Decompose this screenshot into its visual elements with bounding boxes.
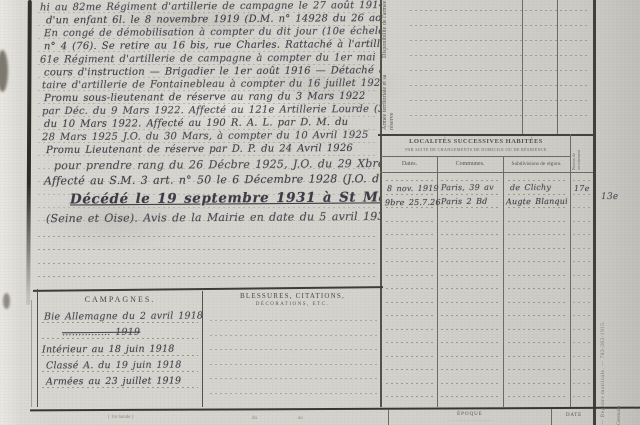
dotted-rule-line <box>441 261 500 262</box>
handwritten-line: hi au 82me Régiment d'artillerie de camp… <box>40 0 380 13</box>
column-header-dates: Dates. <box>382 161 437 167</box>
localites-row-region: 17e <box>574 184 590 193</box>
dotted-rule-line <box>441 234 500 235</box>
dotted-rule-line <box>210 320 378 321</box>
dotted-rules <box>573 0 590 425</box>
dotted-rule-line <box>441 194 500 195</box>
margin-note: 13e <box>601 192 618 202</box>
localites-row-date: 9bre 25.7.26 <box>385 198 441 207</box>
column-divider <box>437 156 438 407</box>
handwritten-line: Affecté au S.M. 3 art. n° 50 le 6 Décemb… <box>44 171 380 187</box>
campagne-entry: Armées au 23 juillet 1919 <box>46 376 181 388</box>
dotted-rule-line <box>38 263 378 264</box>
dotted-rule-line <box>410 55 590 56</box>
dotted-rule-line <box>386 221 434 222</box>
printer-imprint: — Registre matricule. — 783-263-1915. <box>600 235 610 425</box>
campagne-entry-struck: …………… 1919 <box>62 327 140 339</box>
epoque-subheader: ······································· <box>395 419 545 423</box>
dotted-rules <box>441 0 500 425</box>
army-status-top-label: Disponibilité de l'armée <box>382 0 406 58</box>
localites-row-subdivision: de Clichy <box>510 183 551 192</box>
dotted-rule-line <box>441 207 500 208</box>
epoque-header: ÉPOQUE <box>395 412 545 417</box>
dotted-rule-line <box>410 115 590 116</box>
dotted-rule-line <box>508 275 566 276</box>
printer-imprint-bottom: Germain <box>616 396 626 425</box>
dotted-rule-line <box>386 261 434 262</box>
dotted-rule-line <box>573 234 590 235</box>
army-status-bottom-label: Armée territoriale et sa réserve <box>382 62 406 130</box>
localites-row-date: 8 nov. 1919 <box>387 184 439 193</box>
handwritten-line: pour prendre rang du 26 Décbre 1925, J.O… <box>54 157 380 173</box>
dotted-rule-line <box>508 329 566 330</box>
dotted-rule-line <box>38 249 378 250</box>
dotted-rule-line <box>441 356 500 357</box>
dotted-rule-line <box>573 194 590 195</box>
dotted-rule-line <box>386 369 434 370</box>
dotted-rule-line <box>508 342 566 343</box>
dotted-rule-line <box>38 236 378 237</box>
dotted-rule-line <box>441 369 500 370</box>
dotted-rule-line <box>508 261 566 262</box>
dotted-rule-line <box>386 356 434 357</box>
dotted-rule-line <box>410 40 590 41</box>
dotted-rule-line <box>573 383 590 384</box>
campagne-entry: Classé A. du 19 juin 1918 <box>46 360 182 372</box>
localites-row-commune: Paris, 39 av <box>441 183 494 192</box>
dotted-rule-line <box>410 70 590 71</box>
table-border-line <box>380 0 382 407</box>
dotted-rule-line <box>573 288 590 289</box>
scanned-page: hi au 82me Régiment d'artillerie de camp… <box>0 0 640 425</box>
handwritten-line: (Seine et Oise). Avis de la Mairie en da… <box>46 210 380 225</box>
date-header: DATE <box>556 413 592 418</box>
dotted-rule-line <box>441 288 500 289</box>
localites-row-subdivision: Augte Blanqui <box>506 197 568 206</box>
dotted-rule-line <box>573 369 590 370</box>
dotted-rule-line <box>386 302 434 303</box>
handwritten-line: cours d'instruction — Brigadier le 1er a… <box>44 65 380 79</box>
column-header-subdivisions: Subdivisions de région. <box>503 161 570 167</box>
dotted-rule-line <box>386 329 434 330</box>
dotted-rule-line <box>508 194 566 195</box>
dotted-rule-line <box>573 342 590 343</box>
dotted-rule-line <box>210 378 378 379</box>
localites-row-commune: Paris 2 Bd <box>441 197 488 206</box>
dotted-rule-line <box>386 275 434 276</box>
dotted-rule-line <box>441 342 500 343</box>
handwritten-line: Promu Lieutenant de réserve par D. P. du… <box>46 143 353 156</box>
column-divider <box>570 134 571 407</box>
dotted-rule-line <box>508 221 566 222</box>
handwritten-line: du 10 Mars 1922. Affecté au 190 R. A. L.… <box>44 117 348 130</box>
dotted-rule-line <box>386 207 434 208</box>
dotted-rule-line <box>508 234 566 235</box>
column-divider <box>557 0 558 134</box>
dotted-rule-line <box>573 302 590 303</box>
service-notes-section: hi au 82me Régiment d'artillerie de camp… <box>0 0 380 232</box>
bottom-rule-line <box>30 407 640 412</box>
dotted-rule-line <box>508 315 566 316</box>
dotted-rule-line <box>573 180 590 181</box>
bottom-left-note: ( 1re bande ) <box>108 415 133 420</box>
handwritten-line: En congé de démobilisation à compter du … <box>44 26 380 39</box>
dotted-rule-line <box>441 248 500 249</box>
handwritten-line: par Déc. du 9 Mars 1922. Affecté au 121e… <box>42 104 380 117</box>
dotted-rule-line <box>386 248 434 249</box>
dotted-rule-line <box>386 180 434 181</box>
dotted-rule-line <box>508 248 566 249</box>
table-border-line <box>378 134 596 136</box>
blessures-title: BLESSURES, CITATIONS, <box>205 292 380 300</box>
dotted-rule-line <box>441 329 500 330</box>
column-divider <box>388 410 389 425</box>
page-border-left-faint <box>31 300 32 407</box>
dotted-rule-line <box>441 221 500 222</box>
dotted-rule-line <box>441 180 500 181</box>
table-border-line <box>381 156 570 157</box>
dotted-rule-line <box>573 207 590 208</box>
localites-subtitle: PAR SUITE DE CHANGEMENTS DE DOMICILE OU … <box>384 147 568 152</box>
dotted-rule-line <box>508 396 566 397</box>
dotted-rule-line <box>210 349 378 350</box>
dotted-rule-line <box>42 338 198 339</box>
bottom-mid-note: du <box>252 416 257 421</box>
column-header-recrutement: Bureau de recrutement <box>572 136 590 170</box>
handwritten-line: taire d'artillerie de Fontainebleau à co… <box>42 78 380 91</box>
dotted-rule-line <box>386 396 434 397</box>
handwritten-line-deceased: Décédé le 19 septembre 1931 à St Martin … <box>70 188 380 207</box>
dotted-rule-line <box>508 383 566 384</box>
dotted-rule-line <box>573 221 590 222</box>
dotted-rule-line <box>508 369 566 370</box>
column-header-communes: Communes. <box>437 161 503 167</box>
dotted-rule-line <box>573 356 590 357</box>
campagnes-title: CAMPAGNES. <box>60 295 180 304</box>
section-divider-line <box>33 286 383 292</box>
column-divider <box>522 0 523 134</box>
dotted-rule-line <box>386 234 434 235</box>
dotted-rule-line <box>573 275 590 276</box>
dotted-rule-line <box>410 85 590 86</box>
dotted-rule-line <box>573 261 590 262</box>
dotted-rule-line <box>38 276 378 277</box>
dotted-rule-line <box>410 25 590 26</box>
dotted-rule-line <box>410 10 590 11</box>
dotted-rule-line <box>441 302 500 303</box>
dotted-rule-line <box>508 207 566 208</box>
handwritten-line: n° 4 (76). Se retire au 16 bis, rue Char… <box>44 39 380 53</box>
campagne-entry: Intérieur au 18 juin 1918 <box>42 344 175 356</box>
dotted-rule-line <box>386 288 434 289</box>
table-border-line <box>202 291 203 407</box>
bottom-mid-note: au <box>298 416 303 421</box>
dotted-rule-line <box>573 396 590 397</box>
column-divider <box>503 156 504 407</box>
localites-title: LOCALITÉS SUCCESSIVES HABITÉES <box>384 138 568 145</box>
dotted-rule-line <box>441 383 500 384</box>
dotted-rule-line <box>386 342 434 343</box>
handwritten-line: 28 Mars 1925 J.O. du 30 Mars, à compter … <box>42 130 369 143</box>
handwritten-line: 61e Régiment d'artillerie de campagne à … <box>40 51 380 65</box>
table-border-line <box>380 172 593 173</box>
dotted-rule-line <box>410 100 590 101</box>
dotted-rule-line <box>441 275 500 276</box>
dotted-rule-line <box>573 248 590 249</box>
dotted-rule-line <box>441 396 500 397</box>
dotted-rule-line <box>386 315 434 316</box>
dotted-rule-line <box>508 180 566 181</box>
blessures-subtitle: DÉCORATIONS, ETC. <box>205 302 380 307</box>
dotted-rule-line <box>508 302 566 303</box>
dotted-rule-line <box>386 194 434 195</box>
campagne-entry: Bie Allemagne du 2 avril 1918 <box>44 310 203 322</box>
table-border-line <box>37 289 38 407</box>
handwritten-line: Promu sous-lieutenant de réserve au rang… <box>44 91 365 104</box>
dotted-rule-line <box>210 335 378 336</box>
dotted-rule-line <box>508 356 566 357</box>
dotted-rule-line <box>210 393 378 394</box>
dotted-rule-line <box>508 288 566 289</box>
dotted-rule-line <box>386 383 434 384</box>
handwritten-line: d'un enfant 6l. le 8 novembre 1919 (D.M.… <box>46 13 380 27</box>
dotted-rule-line <box>210 364 378 365</box>
dotted-rule-line <box>573 315 590 316</box>
dotted-rule-line <box>441 315 500 316</box>
column-divider <box>551 409 552 425</box>
dotted-rule-line <box>573 329 590 330</box>
